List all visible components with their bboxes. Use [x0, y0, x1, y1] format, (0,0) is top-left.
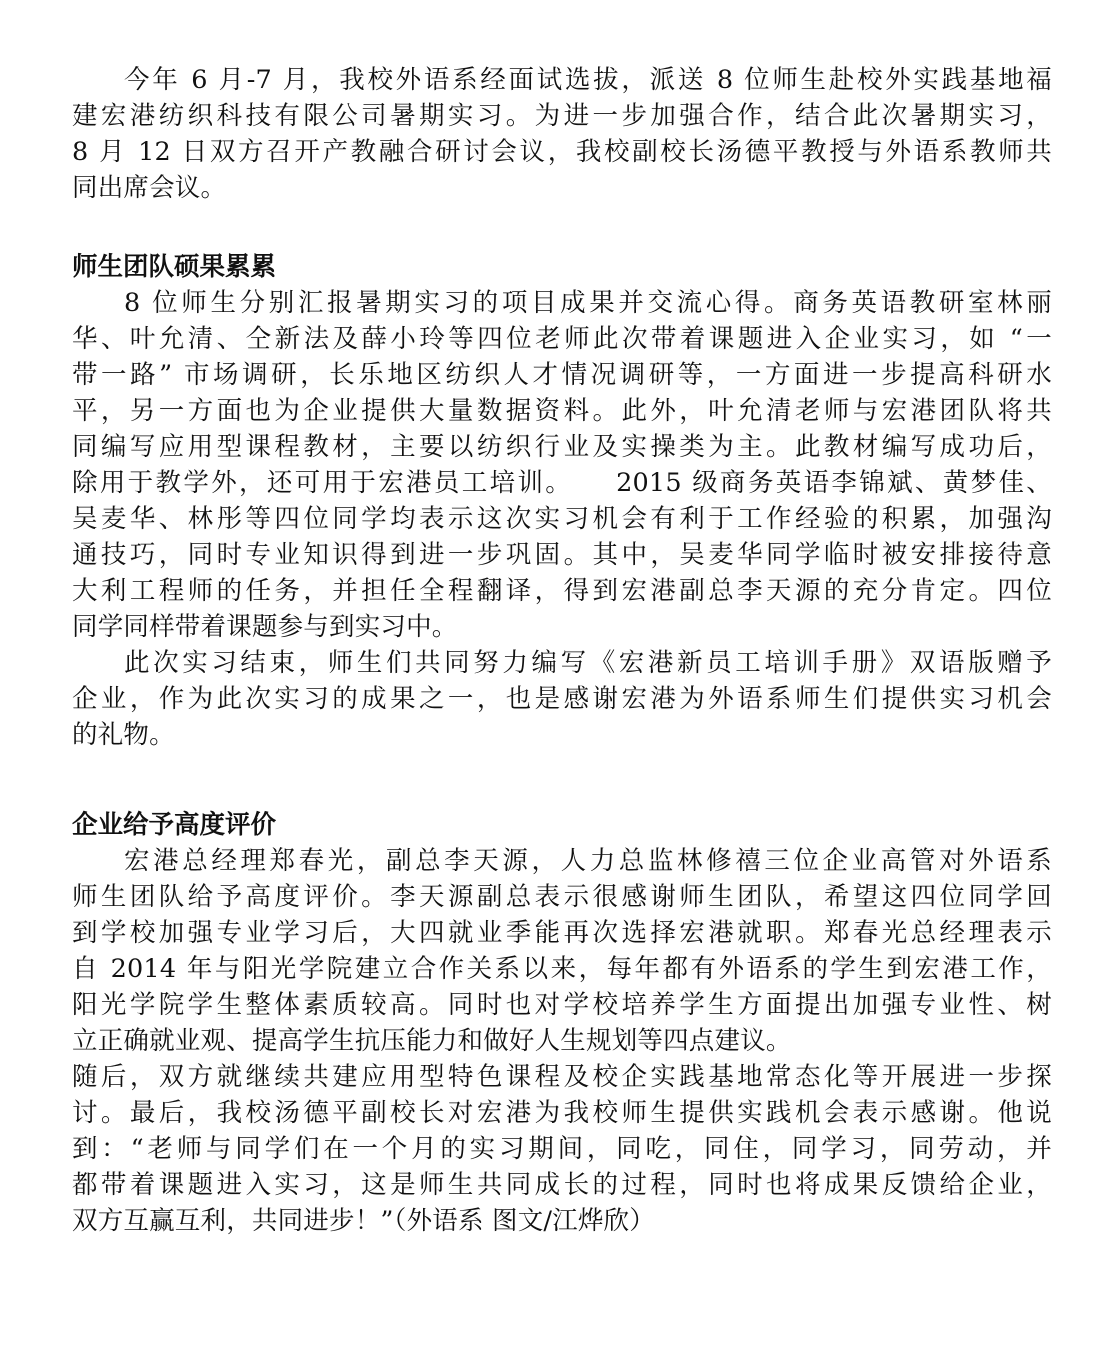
text-line: 都带着课题进入实习，这是师生共同成长的过程，同时也将成果反馈给企业， — [72, 1167, 1052, 1203]
text-line: 宏港总经理郑春光，副总李天源，人力总监林修禧三位企业高管对外语系 — [124, 843, 1052, 879]
text-line: 建宏港纺织科技有限公司暑期实习。为进一步加强合作，结合此次暑期实习， — [72, 98, 1052, 134]
text-line: 此次实习结束，师生们共同努力编写《宏港新员工培训手册》双语版赠予 — [124, 645, 1052, 681]
text-line: 双方互赢互利，共同进步！”（外语系 图文/江烨欣） — [72, 1203, 1052, 1239]
text-line: 师生团队给予高度评价。李天源副总表示很感谢师生团队，希望这四位同学回 — [72, 879, 1052, 915]
text-line: 除用于教学外，还可用于宏港员工培训。 2015 级商务英语李锦斌、黄梦佳、 — [72, 465, 1052, 501]
text-line: 立正确就业观、提高学生抗压能力和做好人生规划等四点建议。 — [72, 1023, 1052, 1059]
text-line: 带一路” 市场调研，长乐地区纺织人才情况调研等，一方面进一步提高科研水 — [72, 357, 1052, 393]
text-line: 8 位师生分别汇报暑期实习的项目成果并交流心得。商务英语教研室林丽 — [124, 285, 1052, 321]
text-line: 同学同样带着课题参与到实习中。 — [72, 609, 1052, 645]
text-line: 8 月 12 日双方召开产教融合研讨会议，我校副校长汤德平教授与外语系教师共 — [72, 134, 1052, 170]
text-line: 的礼物。 — [72, 717, 1052, 753]
section-heading-team-results: 师生团队硕果累累 — [72, 249, 276, 285]
text-line: 平，另一方面也为企业提供大量数据资料。此外，叶允清老师与宏港团队将共 — [72, 393, 1052, 429]
text-line: 企业，作为此次实习的成果之一，也是感谢宏港为外语系师生们提供实习机会 — [72, 681, 1052, 717]
text-line: 今年 6 月-7 月，我校外语系经面试选拔，派送 8 位师生赴校外实践基地福 — [124, 62, 1052, 98]
text-line: 自 2014 年与阳光学院建立合作关系以来，每年都有外语系的学生到宏港工作， — [72, 951, 1052, 987]
text-line: 吴麦华、林彤等四位同学均表示这次实习机会有利于工作经验的积累，加强沟 — [72, 501, 1052, 537]
text-line: 随后，双方就继续共建应用型特色课程及校企实践基地常态化等开展进一步探 — [72, 1059, 1052, 1095]
section-heading-company-evaluation: 企业给予高度评价 — [72, 807, 276, 843]
text-line: 到学校加强专业学习后，大四就业季能再次选择宏港就职。郑春光总经理表示 — [72, 915, 1052, 951]
text-line: 通技巧，同时专业知识得到进一步巩固。其中，吴麦华同学临时被安排接待意 — [72, 537, 1052, 573]
text-line: 华、叶允清、仝新法及薛小玲等四位老师此次带着课题进入企业实习，如 “一 — [72, 321, 1052, 357]
document-page: 今年 6 月-7 月，我校外语系经面试选拔，派送 8 位师生赴校外实践基地福 建… — [0, 0, 1100, 1354]
text-line: 同编写应用型课程教材，主要以纺织行业及实操类为主。此教材编写成功后， — [72, 429, 1052, 465]
text-line: 讨。最后，我校汤德平副校长对宏港为我校师生提供实践机会表示感谢。他说 — [72, 1095, 1052, 1131]
text-line: 同出席会议。 — [72, 170, 1052, 206]
text-line: 大利工程师的任务，并担任全程翻译，得到宏港副总李天源的充分肯定。四位 — [72, 573, 1052, 609]
text-line: 阳光学院学生整体素质较高。同时也对学校培养学生方面提出加强专业性、树 — [72, 987, 1052, 1023]
text-line: 到：“老师与同学们在一个月的实习期间，同吃，同住，同学习，同劳动，并 — [72, 1131, 1052, 1167]
